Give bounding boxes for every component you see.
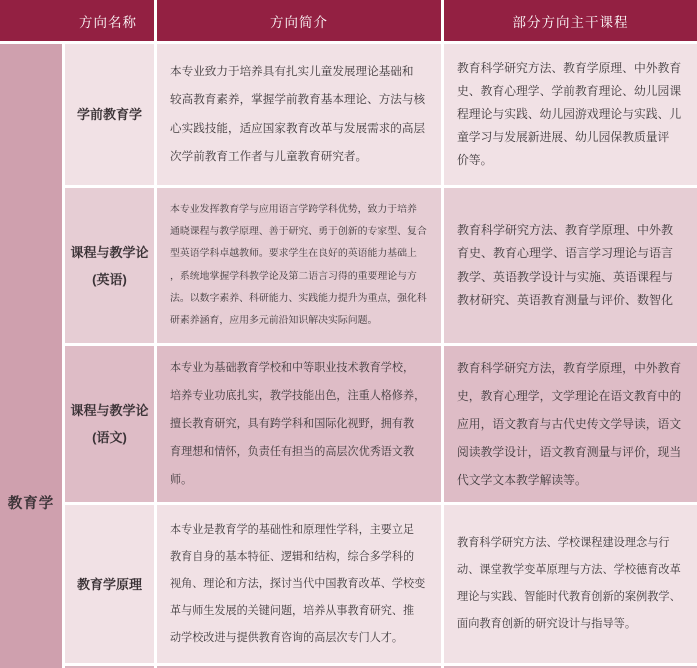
category-label: 教育学 <box>0 492 62 513</box>
row-name-preschool-education: 学前教育学 <box>65 44 154 185</box>
row-name-curriculum-teaching-english: 课程与教学论 (英语) <box>65 188 154 343</box>
row-courses-curriculum-teaching-english: 教育科学研究方法、教育学原理、中外教 育史、教育心理学、语言学习理论与语言 教学… <box>444 188 697 343</box>
row-intro-pedagogy-principles: 本专业是教育学的基础性和原理性学科，主要立足 教育自身的基本特征、逻辑和结构，综… <box>157 505 441 663</box>
program-directions-table: 方向名称 方向简介 部分方向主干课程 教育学 学前教育学 本专业致力于培养具有扎… <box>0 0 697 668</box>
row-courses-pedagogy-principles: 教育科学研究方法、学校课程建设理念与行 动、课堂教学变革原理与方法、学校德育改革… <box>444 505 697 663</box>
column-header-direction-name: 方向名称 <box>0 0 154 41</box>
row-intro-preschool-education: 本专业致力于培养具有扎实儿童发展理论基础和 较高教育素养，掌握学前教育基本理论、… <box>157 44 441 185</box>
row-name-pedagogy-principles: 教育学原理 <box>65 505 154 663</box>
category-cell-pedagogy: 教育学 <box>0 44 62 668</box>
row-courses-preschool-education: 教育科学研究方法、教育学原理、中外教育 史、教育心理学、学前教育理论、幼儿园课 … <box>444 44 697 185</box>
row-intro-curriculum-teaching-english: 本专业发挥教育学与应用语言学跨学科优势，致力于培养 通晓课程与教学原理、善于研究… <box>157 188 441 343</box>
column-header-direction-intro: 方向简介 <box>157 0 441 41</box>
column-header-main-courses: 部分方向主干课程 <box>444 0 697 41</box>
row-courses-curriculum-teaching-chinese: 教育科学研究方法，教育学原理，中外教育 史，教育心理学，文学理论在语文教育中的 … <box>444 346 697 502</box>
row-name-curriculum-teaching-chinese: 课程与教学论 (语文) <box>65 346 154 502</box>
row-intro-curriculum-teaching-chinese: 本专业为基础教育学校和中等职业技术教育学校， 培养专业功底扎实，教学技能出色，注… <box>157 346 441 502</box>
